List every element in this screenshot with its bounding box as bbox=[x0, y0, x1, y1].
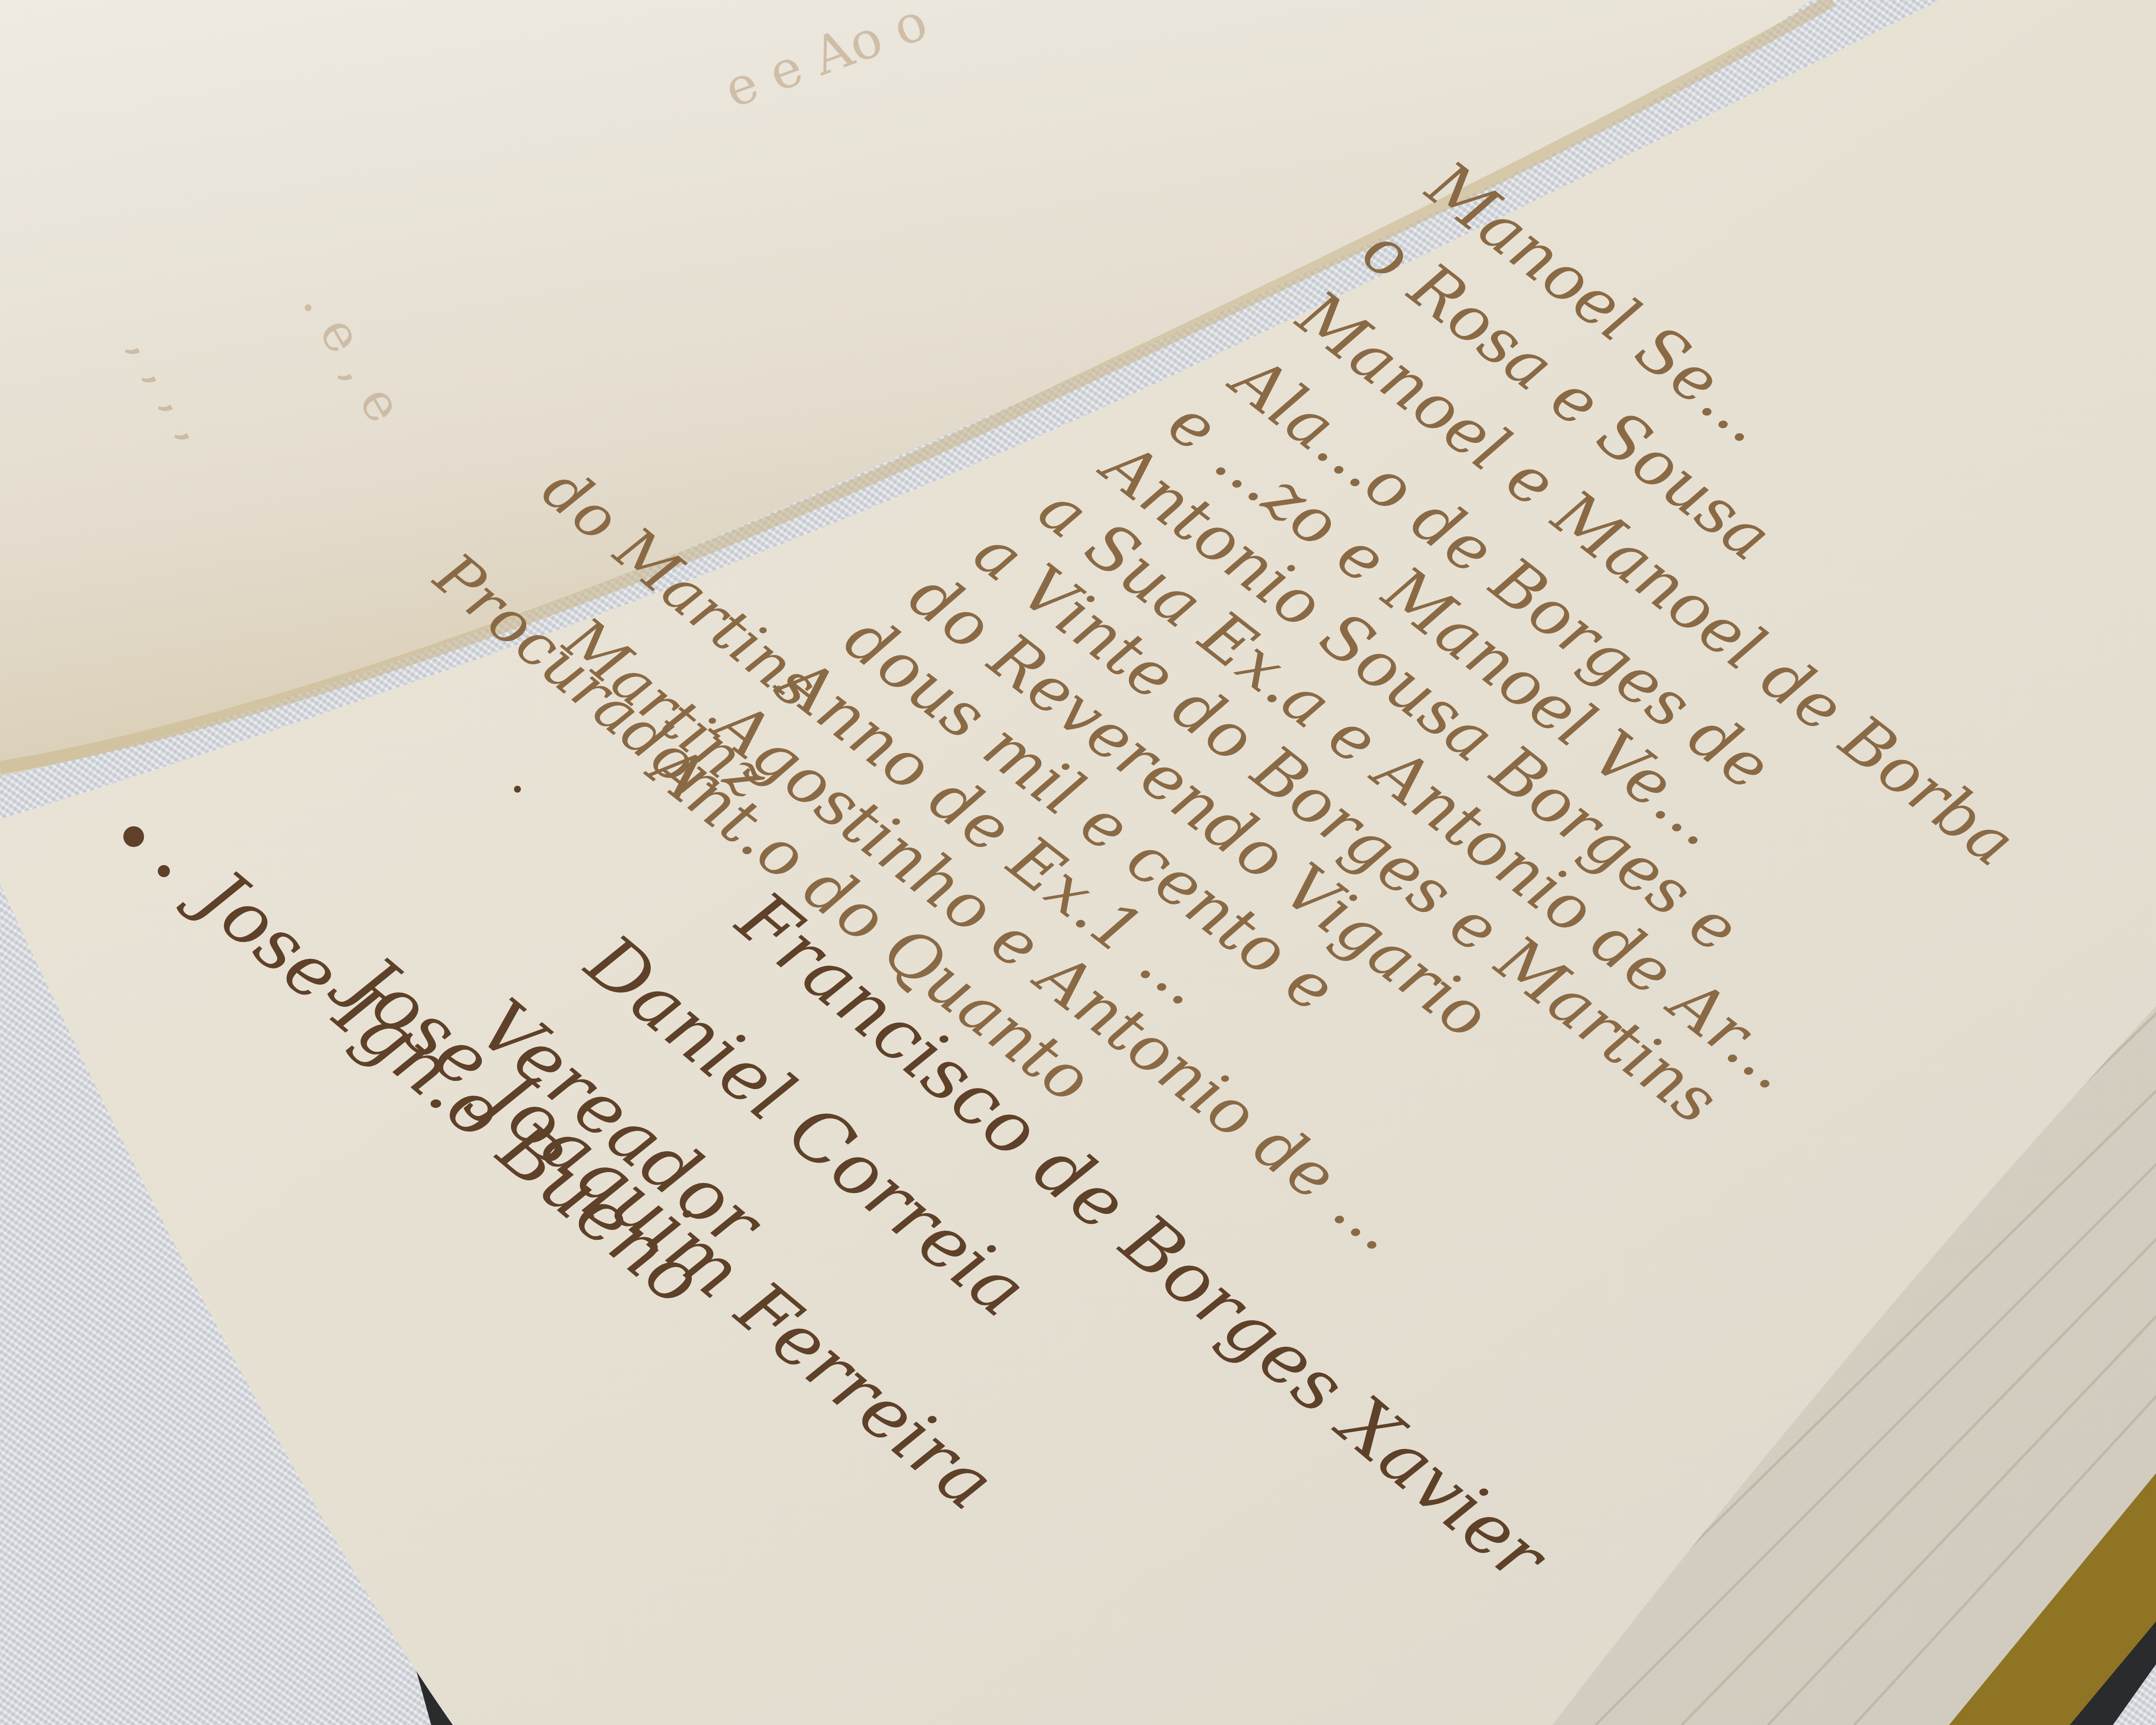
book-scene: e e Ao o , , , , . e , e Manoel Se... o … bbox=[0, 0, 2156, 1725]
